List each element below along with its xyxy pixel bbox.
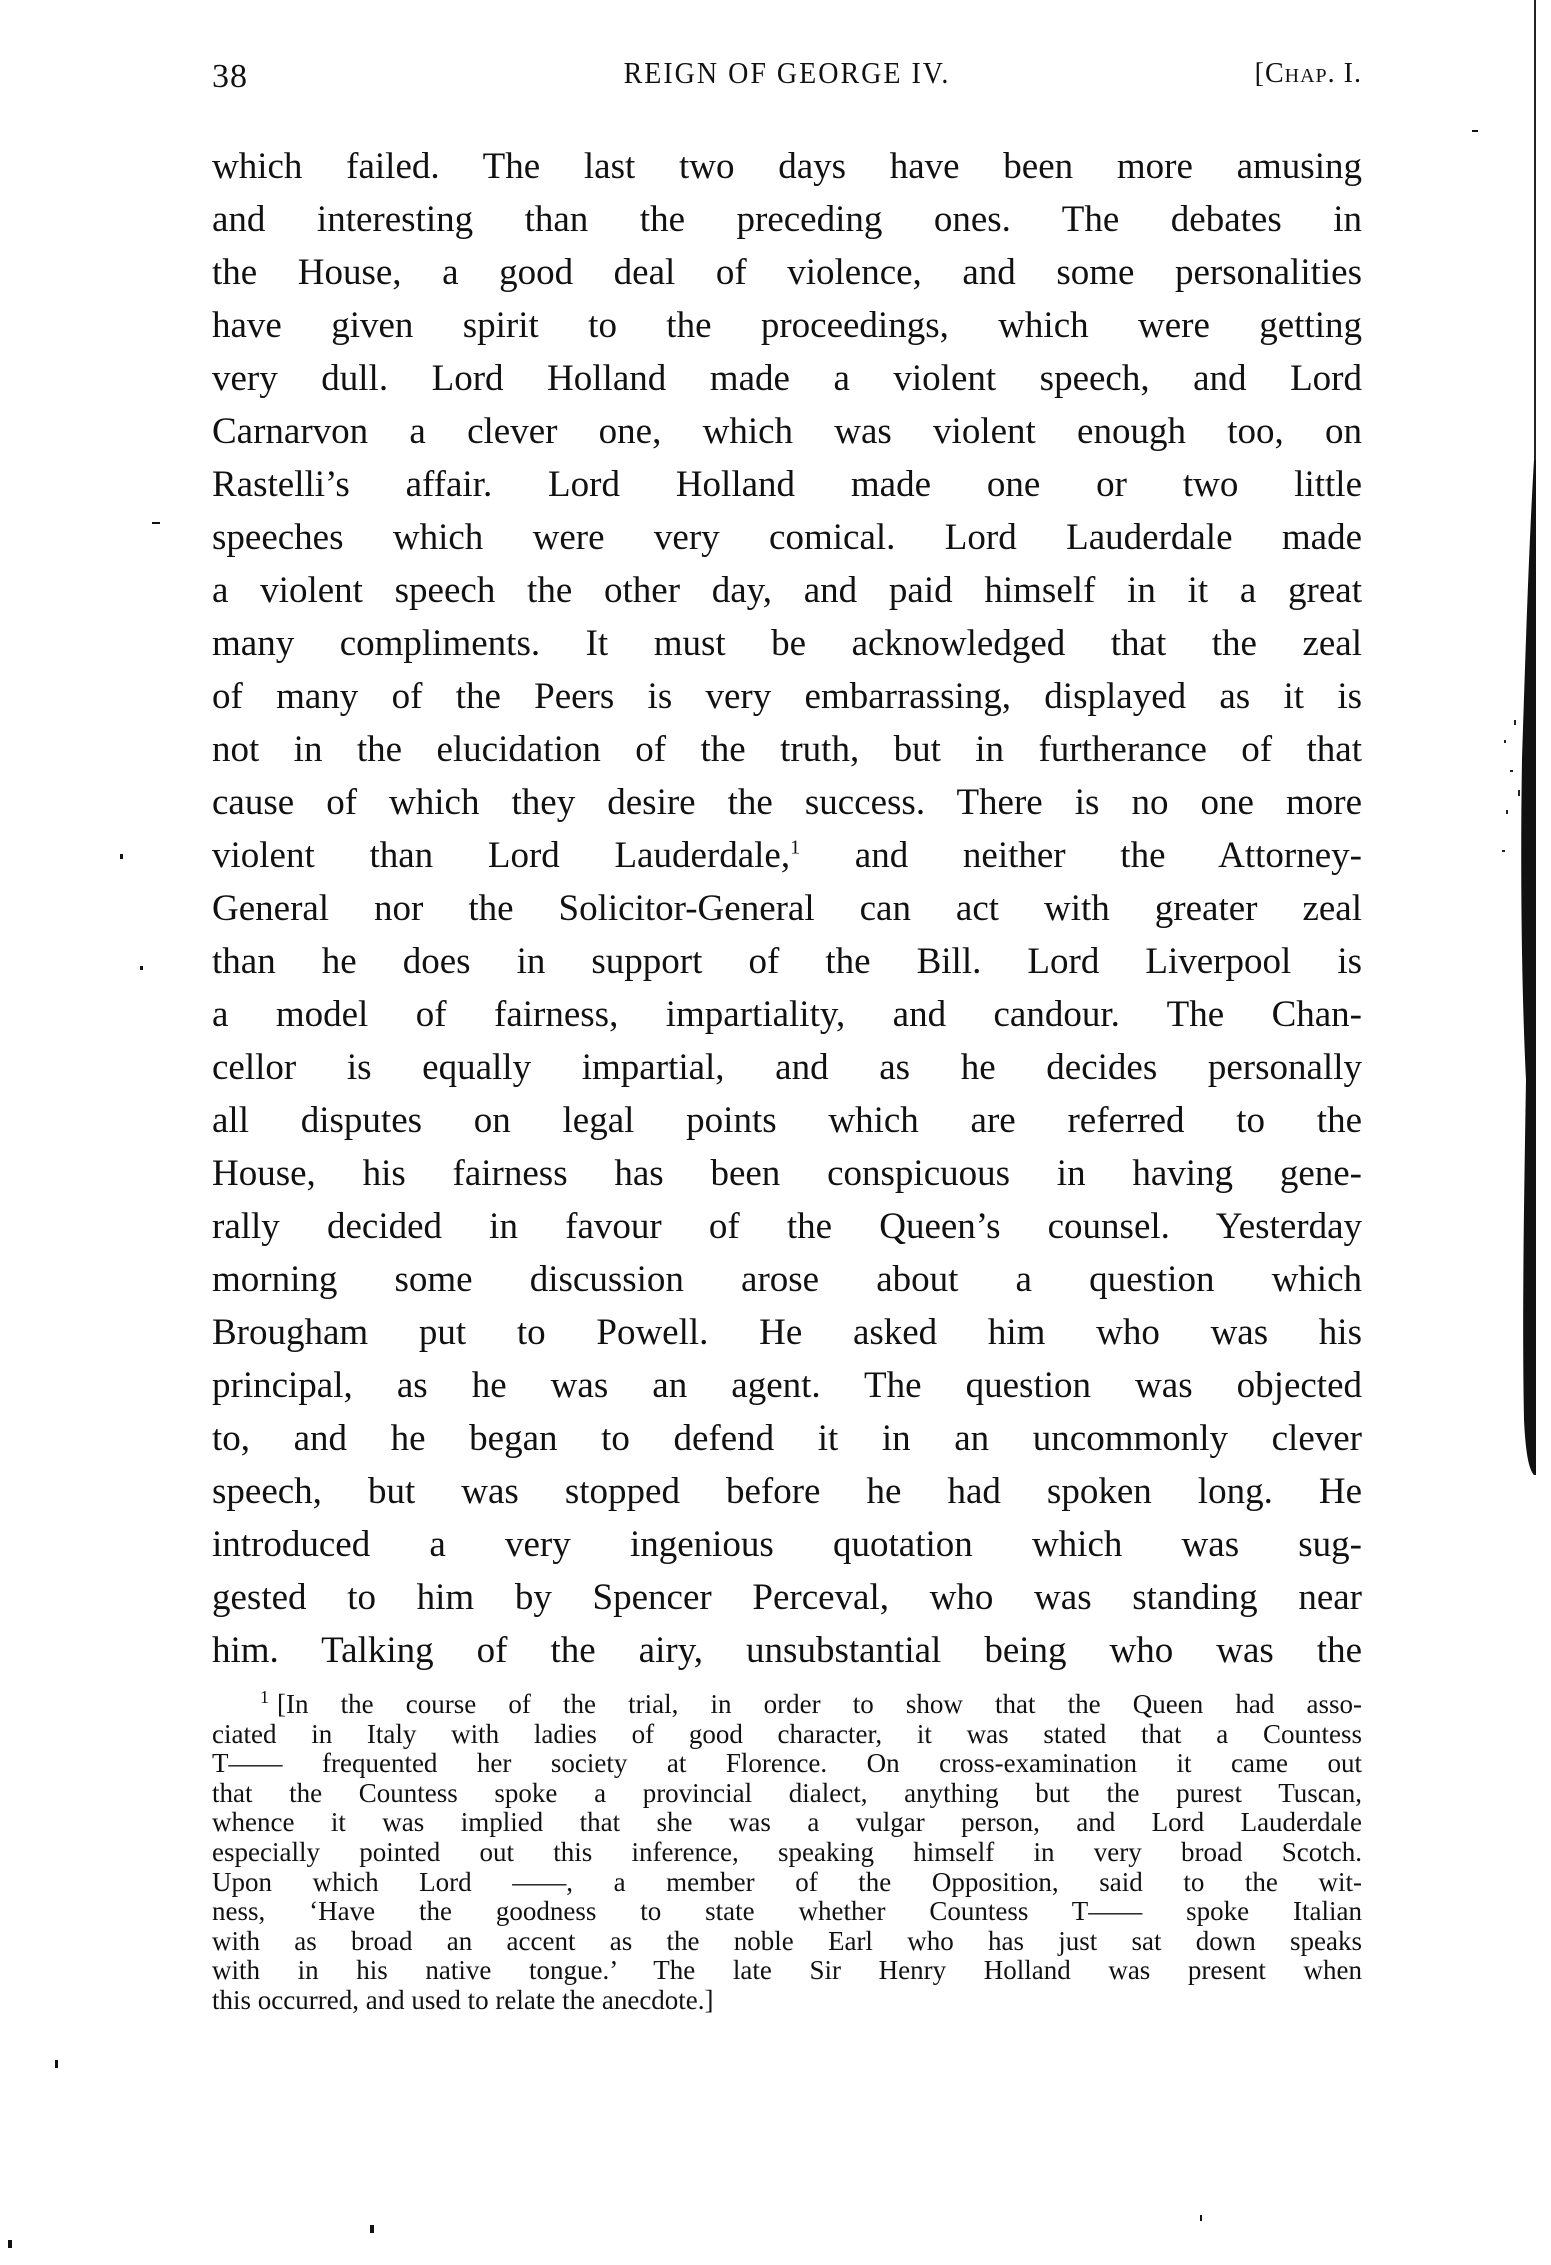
body-line: than he does in support of the Bill. Lor… bbox=[212, 935, 1362, 988]
body-line: morning some discussion arose about a qu… bbox=[212, 1253, 1362, 1306]
running-title: REIGN OF GEORGE IV. bbox=[212, 56, 1362, 91]
body-text: which failed. The last two days have bee… bbox=[212, 140, 1362, 1677]
body-line: him. Talking of the airy, unsubstantial … bbox=[212, 1624, 1362, 1677]
footnote-reference[interactable]: 1 bbox=[790, 837, 800, 859]
scan-speck bbox=[55, 2060, 58, 2068]
running-header: 38 REIGN OF GEORGE IV. [Chap. I. bbox=[212, 58, 1362, 98]
body-line: a model of fairness, impartiality, and c… bbox=[212, 988, 1362, 1041]
body-line: introduced a very ingenious quotation wh… bbox=[212, 1518, 1362, 1571]
footnote-line: Upon which Lord ——, a member of the Oppo… bbox=[212, 1868, 1362, 1898]
binding-shadow bbox=[1520, 0, 1540, 2265]
chapter-text: Chap. I. bbox=[1265, 58, 1362, 89]
body-line: House, his fairness has been conspicuous… bbox=[212, 1147, 1362, 1200]
footnote-line: T—— frequented her society at Florence. … bbox=[212, 1749, 1362, 1779]
book-page: 38 REIGN OF GEORGE IV. [Chap. I. which f… bbox=[0, 0, 1551, 2265]
body-line: to, and he began to defend it in an unco… bbox=[212, 1412, 1362, 1465]
scan-speck bbox=[120, 854, 123, 859]
binding-texture bbox=[1500, 700, 1530, 880]
body-line: Brougham put to Powell. He asked him who… bbox=[212, 1306, 1362, 1359]
body-line: rally decided in favour of the Queen’s c… bbox=[212, 1200, 1362, 1253]
body-line: and interesting than the preceding ones.… bbox=[212, 193, 1362, 246]
scan-speck bbox=[140, 966, 143, 970]
body-line: speech, but was stopped before he had sp… bbox=[212, 1465, 1362, 1518]
body-line: of many of the Peers is very embarrassin… bbox=[212, 670, 1362, 723]
body-line: gested to him by Spencer Perceval, who w… bbox=[212, 1571, 1362, 1624]
footnote: 1[In the course of the trial, in order t… bbox=[212, 1690, 1362, 2016]
footnote-line: that the Countess spoke a provincial dia… bbox=[212, 1779, 1362, 1809]
body-line: have given spirit to the proceedings, wh… bbox=[212, 299, 1362, 352]
body-line: cause of which they desire the success. … bbox=[212, 776, 1362, 829]
footnote-text: [In the course of the trial, in order to… bbox=[277, 1689, 1362, 1719]
scan-speck bbox=[152, 522, 160, 524]
footnote-line: 1[In the course of the trial, in order t… bbox=[212, 1690, 1362, 1720]
body-line: many compliments. It must be acknowledge… bbox=[212, 617, 1362, 670]
scan-speck bbox=[370, 2225, 374, 2233]
footnote-marker: 1 bbox=[260, 1687, 269, 1707]
body-line: cellor is equally impartial, and as he d… bbox=[212, 1041, 1362, 1094]
body-line: General nor the Solicitor-General can ac… bbox=[212, 882, 1362, 935]
footnote-line: ciated in Italy with ladies of good char… bbox=[212, 1720, 1362, 1750]
footnote-line: with in his native tongue.’ The late Sir… bbox=[212, 1956, 1362, 1986]
footnote-line: this occurred, and used to relate the an… bbox=[212, 1986, 1362, 2016]
scan-speck bbox=[1472, 130, 1478, 132]
body-line-part: violent than Lord Lauderdale, bbox=[212, 835, 790, 876]
body-line: not in the elucidation of the truth, but… bbox=[212, 723, 1362, 776]
footnote-line: with as broad an accent as the noble Ear… bbox=[212, 1927, 1362, 1957]
body-line: Rastelli’s affair. Lord Holland made one… bbox=[212, 458, 1362, 511]
body-line: speeches which were very comical. Lord L… bbox=[212, 511, 1362, 564]
body-line: very dull. Lord Holland made a violent s… bbox=[212, 352, 1362, 405]
body-line: which failed. The last two days have bee… bbox=[212, 140, 1362, 193]
footnote-line: ness, ‘Have the goodness to state whethe… bbox=[212, 1897, 1362, 1927]
chapter-bracket: [ bbox=[1255, 58, 1265, 89]
scan-speck bbox=[8, 2240, 12, 2248]
body-line-part: and neither the Attorney- bbox=[800, 835, 1362, 876]
scan-speck bbox=[1200, 2215, 1202, 2221]
footnote-line: whence it was implied that she was a vul… bbox=[212, 1808, 1362, 1838]
footnote-line: especially pointed out this inference, s… bbox=[212, 1838, 1362, 1868]
body-line: Carnarvon a clever one, which was violen… bbox=[212, 405, 1362, 458]
chapter-label: [Chap. I. bbox=[1255, 58, 1362, 90]
body-line-with-footnote-ref: violent than Lord Lauderdale,1 and neith… bbox=[212, 829, 1362, 882]
body-line: the House, a good deal of violence, and … bbox=[212, 246, 1362, 299]
body-line: all disputes on legal points which are r… bbox=[212, 1094, 1362, 1147]
body-line: a violent speech the other day, and paid… bbox=[212, 564, 1362, 617]
body-line: principal, as he was an agent. The quest… bbox=[212, 1359, 1362, 1412]
